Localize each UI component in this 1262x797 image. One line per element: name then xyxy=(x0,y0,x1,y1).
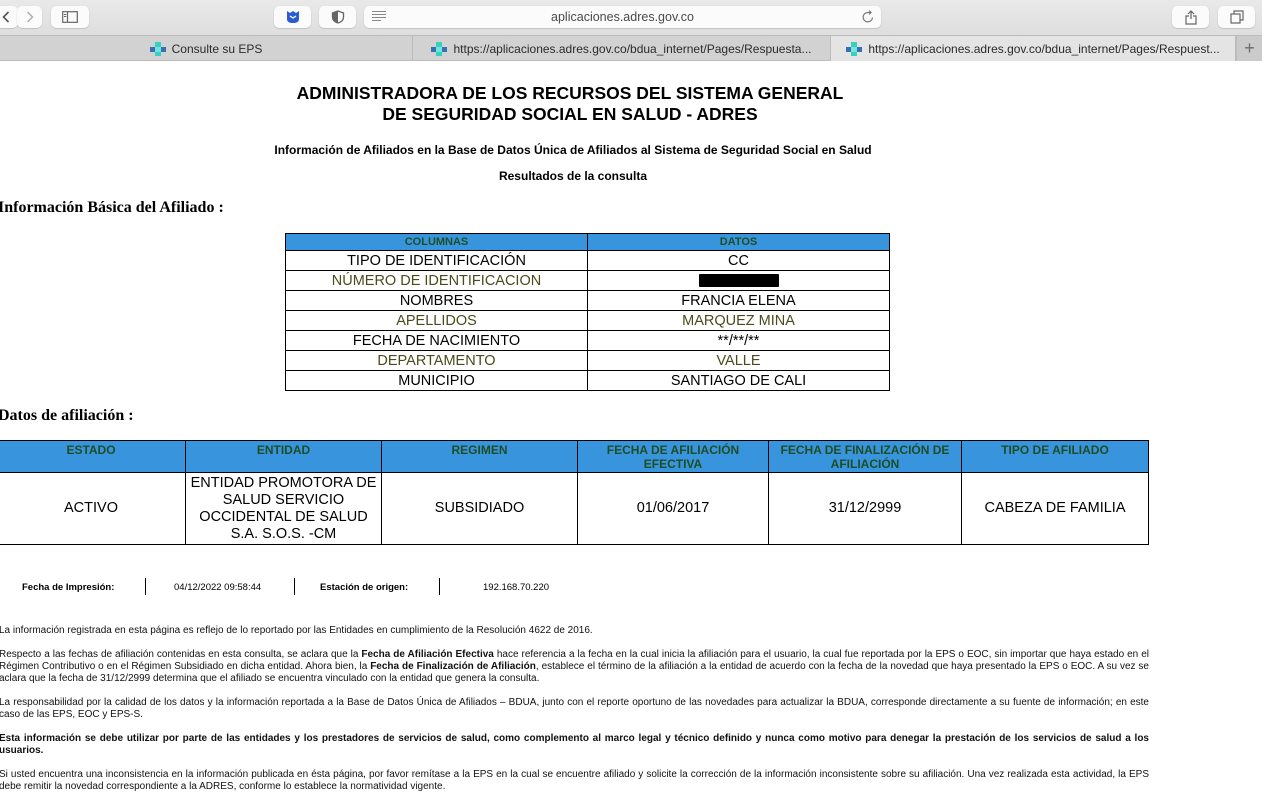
redacted-id-number xyxy=(699,274,779,287)
fecha-finalizacion-cell: 31/12/2999 xyxy=(769,473,962,545)
sidebar-icon xyxy=(62,11,78,23)
share-icon xyxy=(1185,10,1197,25)
sidebar-button[interactable] xyxy=(51,6,89,28)
column-header: REGIMEN xyxy=(382,441,578,473)
table-row: DEPARTAMENTO VALLE xyxy=(286,351,890,371)
table-row: TIPO DE IDENTIFICACIÓN CC xyxy=(286,251,890,271)
privacy-shield-icon xyxy=(331,10,345,24)
new-tab-button[interactable]: + xyxy=(1236,36,1262,61)
field-value: CC xyxy=(588,251,890,271)
tab-bar: Consulte su EPS https://aplicaciones.adr… xyxy=(0,35,1262,61)
tipo-afiliado-cell: CABEZA DE FAMILIA xyxy=(962,473,1149,545)
table-row: ACTIVO ENTIDAD PROMOTORA DE SALUD SERVIC… xyxy=(0,473,1149,545)
page-title-line2: DE SEGURIDAD SOCIAL EN SALUD - ADRES xyxy=(0,104,1140,125)
tab-label: Consulte su EPS xyxy=(172,42,263,56)
field-value: SANTIAGO DE CALI xyxy=(588,371,890,391)
forward-button[interactable] xyxy=(17,6,42,28)
adres-favicon-icon xyxy=(431,42,447,56)
page-subtitle: Información de Afiliados en la Base de D… xyxy=(0,143,1146,157)
entidad-cell: ENTIDAD PROMOTORA DE SALUD SERVICIO OCCI… xyxy=(186,473,382,545)
column-header: TIPO DE AFILIADO xyxy=(962,441,1149,473)
results-label: Resultados de la consulta xyxy=(0,169,1146,183)
note-dates: Respecto a las fechas de afiliación cont… xyxy=(0,649,1149,685)
column-header: COLUMNAS xyxy=(286,234,588,251)
field-label: DEPARTAMENTO xyxy=(286,351,588,371)
field-label: MUNICIPIO xyxy=(286,371,588,391)
tab-respuesta-1[interactable]: https://aplicaciones.adres.gov.co/bdua_i… xyxy=(413,36,831,61)
adres-favicon-icon xyxy=(846,42,862,56)
field-value xyxy=(588,271,890,291)
estado-cell: ACTIVO xyxy=(0,473,186,545)
field-value: VALLE xyxy=(588,351,890,371)
affiliation-table: ESTADO ENTIDAD REGIMEN FECHA DE AFILIACI… xyxy=(0,440,1149,545)
table-row: FECHA DE NACIMIENTO **/**/** xyxy=(286,331,890,351)
table-row: APELLIDOS MARQUEZ MINA xyxy=(286,311,890,331)
browser-toolbar: aplicaciones.adres.gov.co xyxy=(0,0,1262,35)
tab-consulte-eps[interactable]: Consulte su EPS xyxy=(0,36,413,61)
field-label: NOMBRES xyxy=(286,291,588,311)
page-title-line1: ADMINISTRADORA DE LOS RECURSOS DEL SISTE… xyxy=(0,83,1140,104)
fecha-afiliacion-cell: 01/06/2017 xyxy=(578,473,769,545)
note-resolution: La información registrada en esta página… xyxy=(0,625,1149,637)
reload-icon[interactable] xyxy=(861,9,875,24)
basic-info-table: COLUMNAS DATOS TIPO DE IDENTIFICACIÓN CC… xyxy=(285,233,890,391)
tab-label: https://aplicaciones.adres.gov.co/bdua_i… xyxy=(453,42,811,56)
field-label: NÚMERO DE IDENTIFICACION xyxy=(286,271,588,291)
column-header: FECHA DE FINALIZACIÓN DE AFILIACIÓN xyxy=(769,441,962,473)
url-text[interactable]: aplicaciones.adres.gov.co xyxy=(364,10,881,24)
table-row: NÚMERO DE IDENTIFICACION xyxy=(286,271,890,291)
affiliation-heading: Datos de afiliación : xyxy=(0,407,134,425)
field-value: FRANCIA ELENA xyxy=(588,291,890,311)
privacy-report-button[interactable] xyxy=(319,6,356,28)
field-label: APELLIDOS xyxy=(286,311,588,331)
column-header: ESTADO xyxy=(0,441,186,473)
field-value: **/**/** xyxy=(588,331,890,351)
field-value: MARQUEZ MINA xyxy=(588,311,890,331)
chevron-left-icon xyxy=(2,11,10,23)
field-label: FECHA DE NACIMIENTO xyxy=(286,331,588,351)
field-label: TIPO DE IDENTIFICACIÓN xyxy=(286,251,588,271)
adres-favicon-icon xyxy=(150,42,166,56)
station-value: 192.168.70.220 xyxy=(483,582,549,593)
column-header: DATOS xyxy=(588,234,890,251)
column-header: ENTIDAD xyxy=(186,441,382,473)
table-row: NOMBRES FRANCIA ELENA xyxy=(286,291,890,311)
chevron-right-icon xyxy=(26,11,34,23)
note-text: Respecto a las fechas de afiliación cont… xyxy=(0,649,361,660)
tab-label: https://aplicaciones.adres.gov.co/bdua_i… xyxy=(868,42,1219,56)
table-header-row: ESTADO ENTIDAD REGIMEN FECHA DE AFILIACI… xyxy=(0,441,1149,473)
note-usage-warning: Esta información se debe utilizar por pa… xyxy=(0,733,1149,757)
divider xyxy=(145,578,146,595)
back-button[interactable] xyxy=(0,6,18,28)
regimen-cell: SUBSIDIADO xyxy=(382,473,578,545)
table-header-row: COLUMNAS DATOS xyxy=(286,234,890,251)
station-label: Estación de origen: xyxy=(320,582,408,593)
note-inconsistency: Si usted encuentra una inconsistencia en… xyxy=(0,769,1149,793)
note-responsibility: La responsabilidad por la calidad de los… xyxy=(0,697,1149,721)
print-date-value: 04/12/2022 09:58:44 xyxy=(174,582,261,593)
share-button[interactable] xyxy=(1172,6,1209,28)
note-bold-term: Fecha de Finalización de Afiliación xyxy=(370,661,536,672)
page-title: ADMINISTRADORA DE LOS RECURSOS DEL SISTE… xyxy=(0,83,1140,125)
note-bold-term: Fecha de Afiliación Efectiva xyxy=(361,649,493,660)
tab-overview-button[interactable] xyxy=(1218,6,1255,28)
extension-button[interactable] xyxy=(274,6,311,28)
table-row: MUNICIPIO SANTIAGO DE CALI xyxy=(286,371,890,391)
address-bar[interactable]: aplicaciones.adres.gov.co xyxy=(364,6,881,28)
divider xyxy=(439,578,440,595)
tab-respuesta-2[interactable]: https://aplicaciones.adres.gov.co/bdua_i… xyxy=(831,36,1236,61)
column-header: FECHA DE AFILIACIÓN EFECTIVA xyxy=(578,441,769,473)
basic-info-heading: Información Básica del Afiliado : xyxy=(0,199,224,217)
tabs-overview-icon xyxy=(1230,10,1244,24)
print-date-label: Fecha de Impresión: xyxy=(22,582,114,593)
divider xyxy=(294,578,295,595)
shield-extension-icon xyxy=(286,10,300,24)
